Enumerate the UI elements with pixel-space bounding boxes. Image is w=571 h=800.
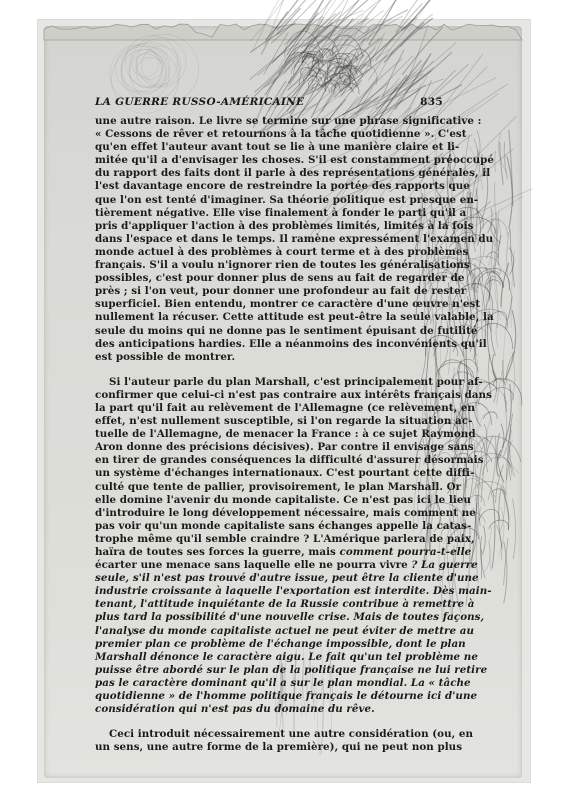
text-line: puisse être abordé sur le plan de la pol… [95, 664, 443, 677]
text-line: un système d'échanges internationaux. C'… [95, 467, 443, 480]
text-line: Si l'auteur parle du plan Marshall, c'es… [95, 376, 443, 389]
text-line: Aron donne des précisions décisives). Pa… [95, 441, 443, 454]
text-line: superficiel. Bien entendu, montrer ce ca… [95, 298, 443, 311]
text-line: Ceci introduit nécessairement une autre … [95, 728, 443, 741]
text-line: près ; si l'on veut, pour donner une pro… [95, 285, 443, 298]
text-line: pas le caractère dominant qu'il a sur le… [95, 677, 443, 690]
text-line: est possible de montrer. [95, 351, 443, 364]
text-line: des anticipations hardies. Elle a néanmo… [95, 338, 443, 351]
text-line: l'analyse du monde capitaliste actuel ne… [95, 625, 443, 638]
printed-text: LA GUERRE RUSSO-AMÉRICAINE 835 une autre… [95, 96, 443, 754]
text-line: premier plan ce problème de l'échange im… [95, 638, 443, 651]
text-line: considération qui n'est pas du domaine d… [95, 703, 443, 716]
text-line: plus tard la possibilité d'une nouvelle … [95, 611, 443, 624]
text-line: tuelle de l'Allemagne, de menacer la Fra… [95, 428, 443, 441]
text-line: en tirer de grandes conséquences la diff… [95, 454, 443, 467]
text-line: trophe même qu'il semble craindre ? L'Am… [95, 533, 443, 546]
text-line: confirmer que celui-ci n'est pas contrai… [95, 389, 443, 402]
text-line: l'est davantage encore de restreindre la… [95, 180, 443, 193]
body-text: une autre raison. Le livre se termine su… [95, 115, 443, 754]
paragraph: une autre raison. Le livre se termine su… [95, 115, 443, 364]
text-line: tenant, l'attitude inquiétante de la Rus… [95, 598, 443, 611]
text-line: mitée qu'il a d'envisager les choses. S'… [95, 154, 443, 167]
text-line: Marshall dénonce le caractère aigu. Le f… [95, 651, 443, 664]
text-line: pris d'appliquer l'action à des problème… [95, 220, 443, 233]
text-line: effet, n'est nullement susceptible, si l… [95, 415, 443, 428]
text-line: du rapport des faits dont il parle à des… [95, 167, 443, 180]
text-line: nullement la récuser. Cette attitude est… [95, 311, 443, 324]
text-line: seule du moins qui ne donne pas le senti… [95, 325, 443, 338]
paragraph: Si l'auteur parle du plan Marshall, c'es… [95, 376, 443, 716]
page-number: 835 [420, 96, 443, 108]
text-line: écarter une menace sans laquelle elle ne… [95, 559, 443, 572]
running-title: LA GUERRE RUSSO-AMÉRICAINE [95, 96, 304, 108]
text-line: qu'en effet l'auteur avant tout se lie à… [95, 141, 443, 154]
text-line: possibles, c'est pour donner plus de sen… [95, 272, 443, 285]
text-line: elle domine l'avenir du monde capitalist… [95, 494, 443, 507]
text-line: seule, s'il n'est pas trouvé d'autre iss… [95, 572, 443, 585]
text-line: haïra de toutes ses forces la guerre, ma… [95, 546, 443, 559]
text-line: monde actuel à des problèmes à court ter… [95, 246, 443, 259]
text-line: « Cessons de rêver et retournons à la tâ… [95, 128, 443, 141]
text-line: une autre raison. Le livre se termine su… [95, 115, 443, 128]
text-line: dans l'espace et dans le temps. Il ramèn… [95, 233, 443, 246]
text-line: tièrement négative. Elle vise finalement… [95, 207, 443, 220]
text-line: quotidienne » de l'homme politique franç… [95, 690, 443, 703]
text-line: la part qu'il fait au relèvement de l'Al… [95, 402, 443, 415]
text-line: d'introduire le long développement néces… [95, 507, 443, 520]
photo-frame: LA GUERRE RUSSO-AMÉRICAINE 835 une autre… [0, 0, 571, 800]
text-line: industrie croissante à laquelle l'export… [95, 585, 443, 598]
text-line: français. S'il a voulu n'ignorer rien de… [95, 259, 443, 272]
faded-signature: ~ ~~~~~ [88, 745, 158, 760]
running-head: LA GUERRE RUSSO-AMÉRICAINE 835 [95, 96, 443, 108]
text-line: pas voir qu'un monde capitaliste sans éc… [95, 520, 443, 533]
text-line: que l'on est tenté d'imaginer. Sa théori… [95, 194, 443, 207]
text-line: culté que tente de pallier, provisoireme… [95, 481, 443, 494]
